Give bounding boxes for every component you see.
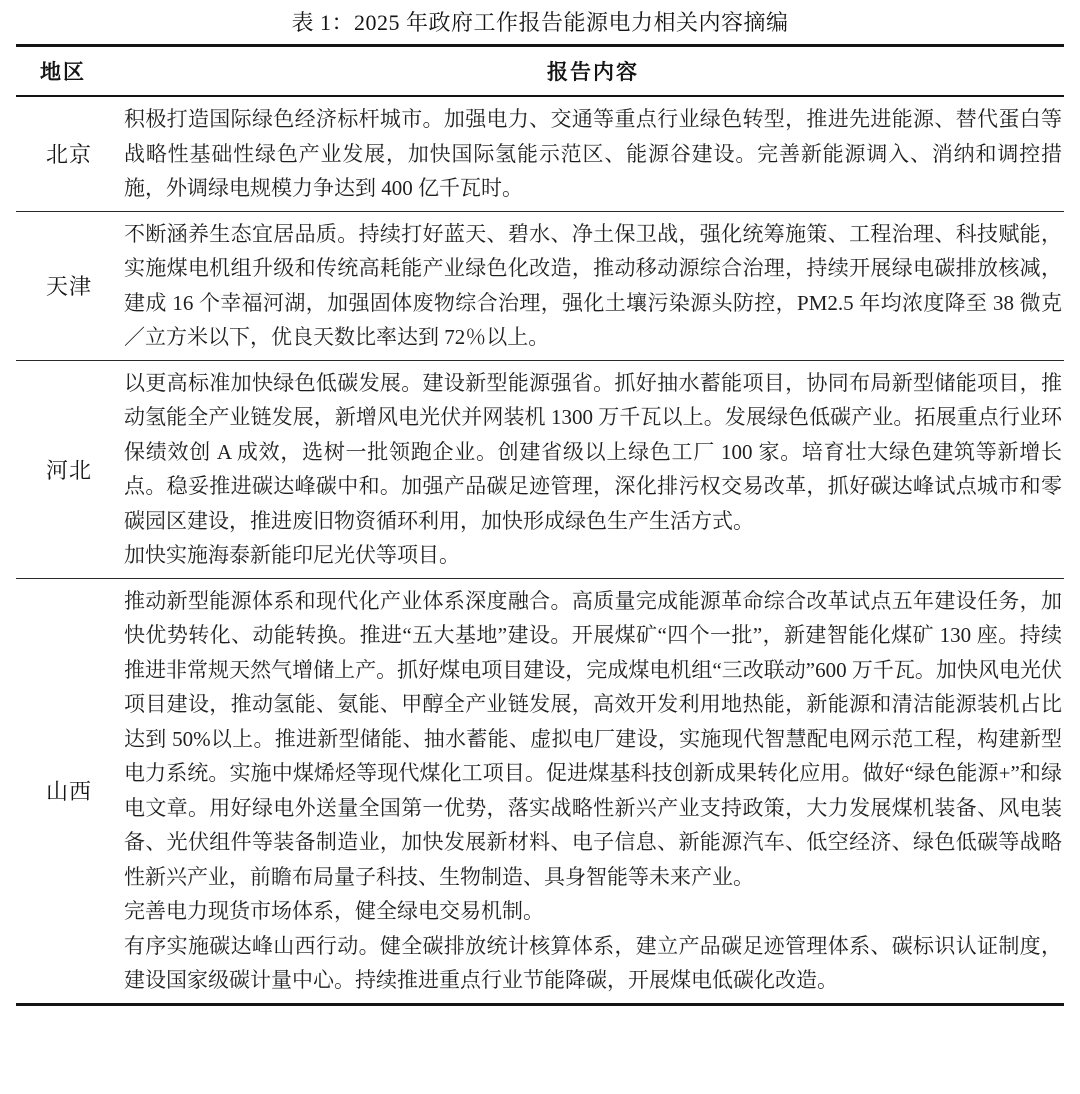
report-content-cell: 以更高标准加快绿色低碳发展。建设新型能源强省。抓好抽水蓄能项目，协同布局新型储能…: [122, 360, 1064, 578]
header-region: 地区: [16, 46, 122, 97]
report-content-cell: 不断涵养生态宜居品质。持续打好蓝天、碧水、净土保卫战，强化统筹施策、工程治理、科…: [122, 211, 1064, 360]
header-content: 报告内容: [122, 46, 1064, 97]
report-content-cell: 积极打造国际绿色经济标杆城市。加强电力、交通等重点行业绿色转型，推进先进能源、替…: [122, 96, 1064, 211]
report-content-cell: 推动新型能源体系和现代化产业体系深度融合。高质量完成能源革命综合改革试点五年建设…: [122, 578, 1064, 1004]
table-row-tianjin: 天津 不断涵养生态宜居品质。持续打好蓝天、碧水、净土保卫战，强化统筹施策、工程治…: [16, 211, 1064, 360]
report-paragraph: 有序实施碳达峰山西行动。健全碳排放统计核算体系，建立产品碳足迹管理体系、碳标识认…: [124, 929, 1062, 998]
table-title: 表 1：2025 年政府工作报告能源电力相关内容摘编: [16, 6, 1064, 44]
region-label: 天津: [16, 211, 122, 360]
report-paragraph: 积极打造国际绿色经济标杆城市。加强电力、交通等重点行业绿色转型，推进先进能源、替…: [124, 102, 1062, 206]
report-paragraph: 不断涵养生态宜居品质。持续打好蓝天、碧水、净土保卫战，强化统筹施策、工程治理、科…: [124, 217, 1062, 355]
table-row-beijing: 北京 积极打造国际绿色经济标杆城市。加强电力、交通等重点行业绿色转型，推进先进能…: [16, 96, 1064, 211]
table-row-shanxi: 山西 推动新型能源体系和现代化产业体系深度融合。高质量完成能源革命综合改革试点五…: [16, 578, 1064, 1004]
table-row-hebei: 河北 以更高标准加快绿色低碳发展。建设新型能源强省。抓好抽水蓄能项目，协同布局新…: [16, 360, 1064, 578]
document-page: 表 1：2025 年政府工作报告能源电力相关内容摘编 地区 报告内容 北京 积极…: [0, 0, 1080, 1094]
header-row: 地区 报告内容: [16, 46, 1064, 97]
report-paragraph: 以更高标准加快绿色低碳发展。建设新型能源强省。抓好抽水蓄能项目，协同布局新型储能…: [124, 366, 1062, 539]
report-table: 地区 报告内容 北京 积极打造国际绿色经济标杆城市。加强电力、交通等重点行业绿色…: [16, 44, 1064, 1006]
region-label: 北京: [16, 96, 122, 211]
report-paragraph: 加快实施海泰新能印尼光伏等项目。: [124, 538, 1062, 573]
region-label: 山西: [16, 578, 122, 1004]
report-paragraph: 推动新型能源体系和现代化产业体系深度融合。高质量完成能源革命综合改革试点五年建设…: [124, 584, 1062, 895]
report-paragraph: 完善电力现货市场体系，健全绿电交易机制。: [124, 894, 1062, 929]
region-label: 河北: [16, 360, 122, 578]
